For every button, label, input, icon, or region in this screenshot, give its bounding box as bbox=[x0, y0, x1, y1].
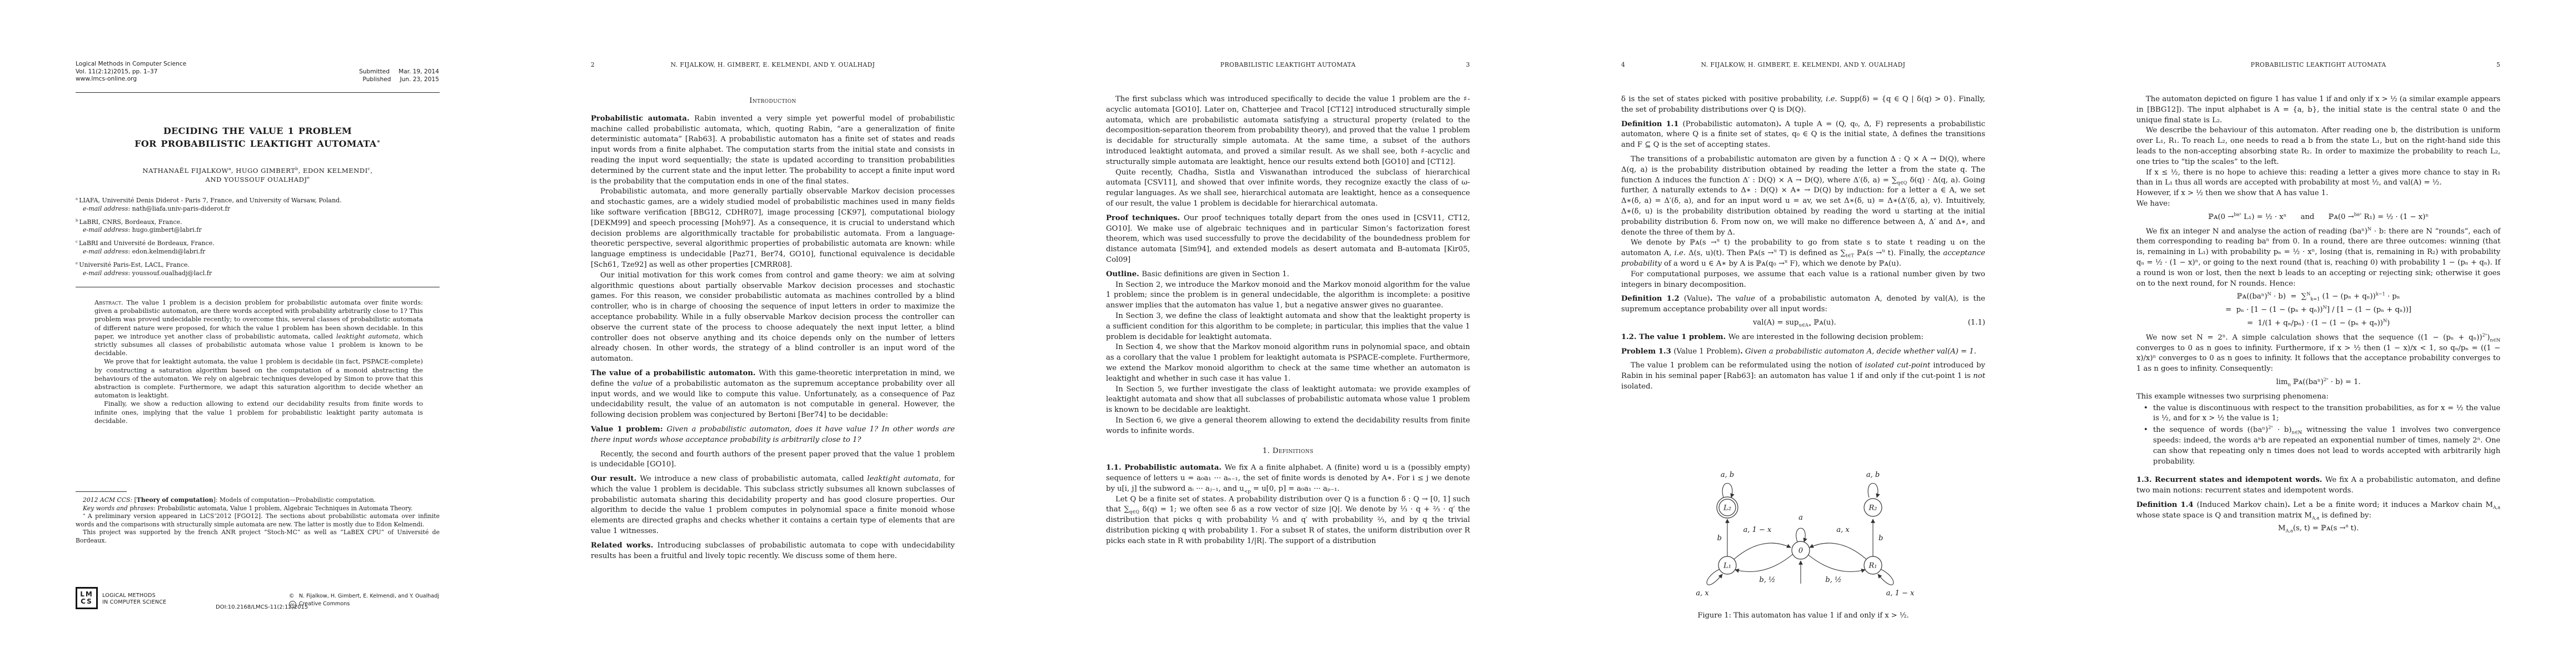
paragraph: If x ≤ ½, there is no hope to achieve th… bbox=[2136, 168, 2500, 189]
page-2: 2 N. FIJALKOW, H. GIMBERT, E. KELMENDI, … bbox=[515, 0, 1030, 667]
paragraph: Quite recently, Chadha, Sistla and Viswa… bbox=[1106, 168, 1470, 210]
affiliations: a LIAFA, Université Denis Diderot - Pari… bbox=[76, 192, 440, 277]
paragraph: Finally, we show a reduction allowing to… bbox=[94, 400, 423, 425]
rights-block: © N. Fijalkow, H. Gimbert, E. Kelmendi, … bbox=[289, 593, 439, 608]
label-loop-r2: a, b bbox=[1866, 471, 1880, 479]
paragraph: limn ℙᴀ((baⁿ)2ⁿ · b) = 1. bbox=[2136, 377, 2500, 388]
label-loop-zero: a bbox=[1798, 514, 1803, 522]
running-title: N. FIJALKOW, H. GIMBERT, E. KELMENDI, AN… bbox=[1655, 61, 1952, 69]
state-label-l1: L₁ bbox=[1723, 562, 1731, 570]
self-loop-l1 bbox=[1707, 569, 1722, 585]
label-edge-l1-zero: a, 1 − x bbox=[1743, 526, 1772, 534]
abstract: Abstract. The value 1 problem is a decis… bbox=[94, 298, 423, 425]
paragraph: e-mail address: edon.kelmendi@labri.fr bbox=[76, 248, 440, 256]
label-edge-zero-r1: b, ½ bbox=[1825, 576, 1841, 584]
paper-spread: Logical Methods in Computer Science Vol.… bbox=[0, 0, 2576, 667]
paragraph: 2012 ACM CCS: [Theory of computation]: M… bbox=[76, 496, 440, 505]
running-head: 2 N. FIJALKOW, H. GIMBERT, E. KELMENDI, … bbox=[591, 61, 955, 69]
edge-zero-to-r1 bbox=[1807, 554, 1865, 572]
paragraph: e-mail address: hugo.gimbert@labri.fr bbox=[76, 226, 440, 235]
paragraph: the sequence of words ((baⁿ)2ⁿ · b)n∈ℕ w… bbox=[2136, 425, 2500, 467]
page-number-right bbox=[1952, 61, 1985, 69]
label-loop-l1: a, x bbox=[1696, 589, 1709, 598]
paragraph: The first subclass which was introduced … bbox=[1106, 94, 1470, 168]
paragraph: This project was supported by the french… bbox=[76, 529, 440, 545]
journal-name: Logical Methods in Computer Science bbox=[76, 61, 186, 68]
running-head: PROBABILISTIC LEAKTIGHT AUTOMATA 5 bbox=[2136, 61, 2500, 69]
paragraph: Our initial motivation for this work com… bbox=[591, 271, 955, 365]
paragraph: MA,a(s, t) = ℙᴀ(s →a t). bbox=[2136, 524, 2500, 534]
page-number-right bbox=[921, 61, 955, 69]
paragraph: Proof techniques. Our proof techniques t… bbox=[1106, 213, 1470, 266]
paragraph: the value is discontinuous with respect … bbox=[2136, 404, 2500, 425]
paragraph: b LaBRI, CNRS, Bordeaux, France. bbox=[76, 218, 440, 227]
edge-zero-to-l1 bbox=[1735, 554, 1793, 572]
paragraph: However, if x > ½ then we show that A ha… bbox=[2136, 188, 2500, 199]
paragraph: a LIAFA, Université Denis Diderot - Pari… bbox=[76, 197, 440, 205]
paragraph: δ is the set of states picked with posit… bbox=[1621, 94, 1985, 116]
running-title: PROBABILISTIC LEAKTIGHT AUTOMATA bbox=[2170, 61, 2467, 69]
header-rule bbox=[76, 92, 440, 93]
paragraph: 1.2. The value 1 problem. We are interes… bbox=[1621, 332, 1985, 343]
paragraph: Outline. Basic definitions are given in … bbox=[1106, 270, 1470, 280]
paragraph: 1.1. Probabilistic automata. We fix A a … bbox=[1106, 463, 1470, 494]
page-5: PROBABILISTIC LEAKTIGHT AUTOMATA 5 The a… bbox=[2061, 0, 2576, 667]
paragraph: Probabilistic automata, and more general… bbox=[591, 187, 955, 270]
published-date: Jun. 23, 2015 bbox=[400, 76, 439, 84]
paragraph: In Section 6, we give a general theorem … bbox=[1106, 416, 1470, 437]
paragraph: In Section 3, we define the class of lea… bbox=[1106, 311, 1470, 342]
paragraph: (1.1)val(A) = supu∈A∗ ℙᴀ(u). bbox=[1621, 318, 1985, 328]
self-loop-zero bbox=[1796, 528, 1805, 542]
paragraph: In Section 2, we introduce the Markov mo… bbox=[1106, 280, 1470, 311]
logo-caption: LOGICAL METHODS IN COMPUTER SCIENCE bbox=[102, 593, 166, 605]
submitted-label: Submitted bbox=[359, 68, 390, 76]
page-4: 4 N. FIJALKOW, H. GIMBERT, E. KELMENDI, … bbox=[1546, 0, 2061, 667]
paragraph: Definition 1.2 (Value). The value of a p… bbox=[1621, 294, 1985, 315]
figure-caption: Figure 1: This automaton has value 1 if … bbox=[1621, 611, 1985, 620]
definitions-section: δ is the set of states picked with posit… bbox=[1621, 94, 1985, 392]
paragraph: 1.3. Recurrent states and idempotent wor… bbox=[2136, 475, 2500, 496]
page-number: 3 bbox=[1437, 61, 1470, 69]
paragraph: Definition 1.4 (Induced Markov chain). L… bbox=[2136, 500, 2500, 521]
paragraph: The value of a probabilistic automaton. … bbox=[591, 369, 955, 421]
abstract-rule bbox=[76, 287, 440, 287]
paragraph: We now set N = 2ⁿ. A simple calculation … bbox=[2136, 333, 2500, 375]
paragraph: Let Q be a finite set of states. A proba… bbox=[1106, 495, 1470, 547]
creative-commons-icon: cc bbox=[289, 601, 296, 608]
copyright-holders: N. Fijalkow, H. Gimbert, E. Kelmendi, an… bbox=[299, 593, 439, 600]
paragraph: AND YOUSSOUF OUALHADJe bbox=[76, 175, 440, 184]
paragraph: c LaBRI and Université de Bordeaux, Fran… bbox=[76, 240, 440, 248]
page-number-left bbox=[2136, 61, 2170, 69]
footnote-rule bbox=[76, 491, 127, 492]
state-label-l2: L₂ bbox=[1723, 504, 1731, 512]
lmcs-logo: LM CS bbox=[76, 587, 98, 609]
paragraph: = 1/(1 + qₙ/pₙ) · (1 − (1 − (pₙ + qₙ))N) bbox=[2136, 318, 2500, 329]
state-label-r2: R₂ bbox=[1869, 504, 1877, 512]
self-loop-l2 bbox=[1722, 484, 1732, 498]
paragraph: We describe the behaviour of this automa… bbox=[2136, 126, 2500, 167]
submitted-date: Mar. 19, 2014 bbox=[398, 68, 439, 76]
copyright-icon: © bbox=[289, 593, 299, 600]
journal-masthead: Logical Methods in Computer Science Vol.… bbox=[76, 61, 186, 83]
paragraph: We fix an integer N and analyse the acti… bbox=[2136, 227, 2500, 290]
paragraph: We have: bbox=[2136, 199, 2500, 210]
title-block: DECIDING THE VALUE 1 PROBLEMFOR PROBABIL… bbox=[76, 125, 440, 184]
page-number: 5 bbox=[2467, 61, 2500, 69]
paragraph: Introduction bbox=[591, 96, 955, 107]
paragraph: NATHANAËL FIJALKOWa, HUGO GIMBERTb, EDON… bbox=[76, 166, 440, 175]
logo-letters-bottom: CS bbox=[81, 598, 93, 605]
paragraph: The value 1 problem can be reformulated … bbox=[1621, 361, 1985, 392]
paragraph: DECIDING THE VALUE 1 PROBLEM bbox=[76, 125, 440, 137]
running-head: 4 N. FIJALKOW, H. GIMBERT, E. KELMENDI, … bbox=[1621, 61, 1985, 69]
logo-caption-line2: IN COMPUTER SCIENCE bbox=[102, 599, 166, 606]
paragraph: = pₙ · [1 − (1 − (pₙ + qₙ))N] / [1 − (1 … bbox=[2136, 305, 2500, 316]
paragraph: In Section 4, we show that the Markov mo… bbox=[1106, 342, 1470, 384]
paragraph: Problem 1.3 (Value 1 Problem). Given a p… bbox=[1621, 347, 1985, 357]
label-edge-r1-zero: a, x bbox=[1836, 526, 1850, 534]
paragraph: We prove that for leaktight automata, th… bbox=[94, 357, 423, 400]
page-1: Logical Methods in Computer Science Vol.… bbox=[0, 0, 515, 667]
paragraph: e-mail address: youssouf.oualhadj@lacl.f… bbox=[76, 270, 440, 278]
running-head: PROBABILISTIC LEAKTIGHT AUTOMATA 3 bbox=[1106, 61, 1470, 69]
creative-commons-icon-wrap: cc bbox=[289, 600, 299, 608]
page-number: 4 bbox=[1621, 61, 1655, 69]
paragraph: In Section 5, we further investigate the… bbox=[1106, 385, 1470, 416]
paragraph: Recently, the second and fourth authors … bbox=[591, 450, 955, 471]
paragraph: Definition 1.1 (Probabilistic automaton)… bbox=[1621, 120, 1985, 151]
running-title: N. FIJALKOW, H. GIMBERT, E. KELMENDI, AN… bbox=[624, 61, 921, 69]
published-label: Published bbox=[363, 76, 391, 84]
page-number-left bbox=[1106, 61, 1139, 69]
self-loop-r1 bbox=[1878, 569, 1894, 585]
label-loop-r1: a, 1 − x bbox=[1886, 589, 1915, 598]
paragraph: e Université Paris-Est, LACL, France. bbox=[76, 261, 440, 270]
label-loop-l2: a, b bbox=[1721, 471, 1734, 479]
paragraph: Our result. We introduce a new class of … bbox=[591, 474, 955, 537]
page-number: 2 bbox=[591, 61, 624, 69]
footnotes: 2012 ACM CCS: [Theory of computation]: M… bbox=[76, 496, 440, 545]
page-3: PROBABILISTIC LEAKTIGHT AUTOMATA 3 The f… bbox=[1030, 0, 1546, 667]
figure-1-automaton: L₂ R₂ 0 L₁ R₁ a, b a, b a a, x a, 1 − x … bbox=[1640, 470, 1951, 606]
edge-l1-to-zero bbox=[1734, 543, 1791, 559]
paragraph: ∗ A preliminary version appeared in LiCS… bbox=[76, 512, 440, 529]
license-name: Creative Commons bbox=[299, 600, 350, 608]
submission-dates: Submitted Mar. 19, 2014 Published Jun. 2… bbox=[359, 68, 439, 83]
label-edge-r1-r2: b bbox=[1879, 534, 1883, 542]
paragraph: We denote by ℙᴀ(s →u t) the probability … bbox=[1621, 238, 1985, 269]
paragraph: ℙᴀ((baⁿ)N · b) = ∑Nk=1 (1 − (pₙ + qₙ))k−… bbox=[2136, 292, 2500, 302]
paragraph: 1. Definitions bbox=[1106, 446, 1470, 457]
journal-url: www.lmcs-online.org bbox=[76, 76, 186, 83]
paragraph: e-mail address: nath@liafa.univ-paris-di… bbox=[76, 205, 440, 213]
introduction-section: IntroductionProbabilistic automata. Rabi… bbox=[591, 94, 955, 561]
journal-volume: Vol. 11(2:12)2015, pp. 1–37 bbox=[76, 68, 186, 76]
edge-r1-to-zero bbox=[1810, 543, 1866, 559]
logo-caption-line1: LOGICAL METHODS bbox=[102, 593, 166, 599]
self-loop-r2 bbox=[1868, 484, 1878, 498]
running-title: PROBABILISTIC LEAKTIGHT AUTOMATA bbox=[1139, 61, 1437, 69]
paragraph: For computational purposes, we assume th… bbox=[1621, 270, 1985, 291]
related-work-and-definitions: The first subclass which was introduced … bbox=[1106, 94, 1470, 547]
paragraph: Value 1 problem: Given a probabilistic a… bbox=[591, 425, 955, 446]
paragraph: Key words and phrases: Probabilistic aut… bbox=[76, 505, 440, 513]
paragraph: This example witnesses two surprising ph… bbox=[2136, 392, 2500, 402]
paragraph: The automaton depicted on figure 1 has v… bbox=[2136, 94, 2500, 126]
paragraph: Abstract. The value 1 problem is a decis… bbox=[94, 298, 423, 357]
paragraph: FOR PROBABILISTIC LEAKTIGHT AUTOMATA∗ bbox=[76, 137, 440, 150]
paragraph: The transitions of a probabilistic autom… bbox=[1621, 155, 1985, 238]
paragraph: Related works. Introducing subclasses of… bbox=[591, 541, 955, 562]
state-label-zero: 0 bbox=[1798, 547, 1803, 555]
label-edge-zero-l1: b, ½ bbox=[1759, 576, 1775, 584]
example-analysis-section: The automaton depicted on figure 1 has v… bbox=[2136, 94, 2500, 537]
paragraph: Probabilistic automata. Rabin invented a… bbox=[591, 114, 955, 187]
paragraph: ℙᴀ(0 →baⁿ L₁) = ½ · xⁿ and ℙᴀ(0 →baⁿ R₁)… bbox=[2136, 212, 2500, 223]
label-edge-l1-l2: b bbox=[1717, 534, 1722, 542]
state-label-r1: R₁ bbox=[1869, 562, 1877, 570]
